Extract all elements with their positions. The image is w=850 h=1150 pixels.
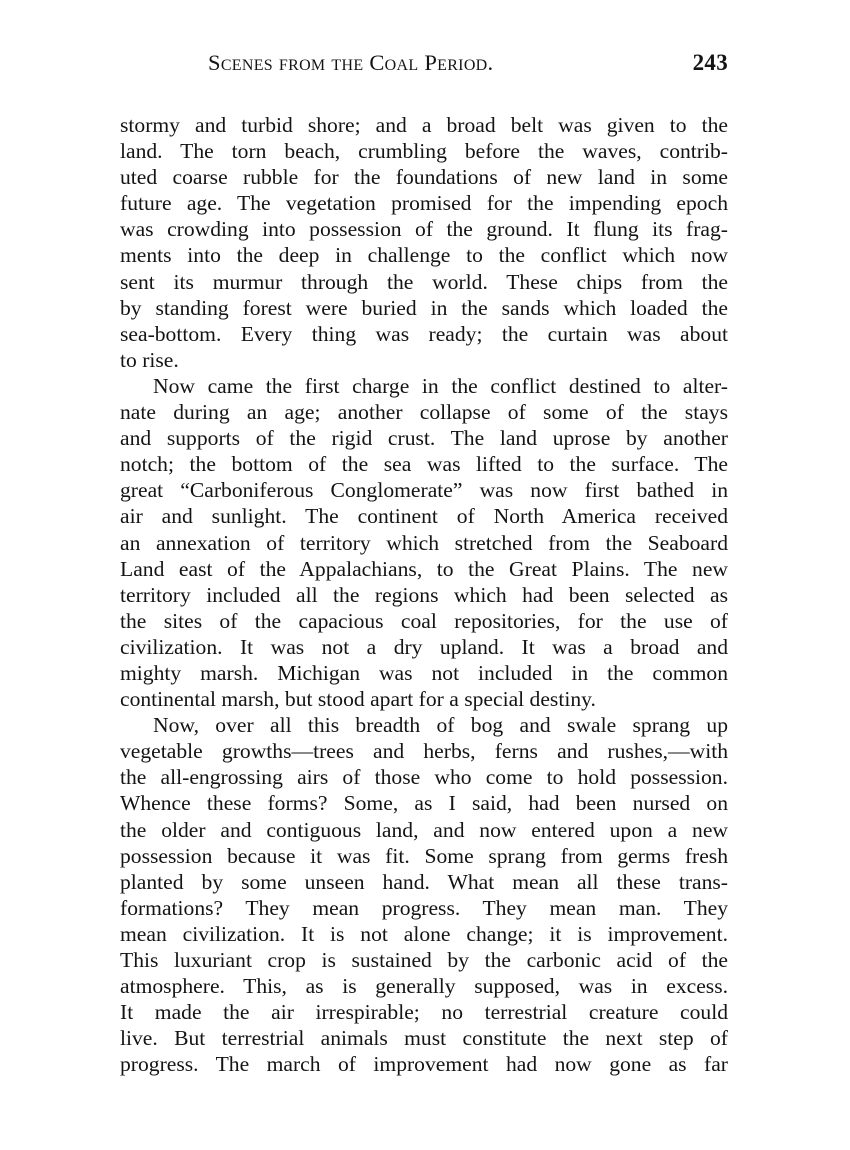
text-line: nate during an age; another collapse of … (120, 399, 728, 425)
text-line: the all-engrossing airs of those who com… (120, 764, 728, 790)
text-line: formations? They mean progress. They mea… (120, 895, 728, 921)
text-line: atmosphere. This, as is generally suppos… (120, 973, 728, 999)
text-line: the older and contiguous land, and now e… (120, 817, 728, 843)
text-line: sea-bottom. Every thing was ready; the c… (120, 321, 728, 347)
text-line: an annexation of territory which stretch… (120, 530, 728, 556)
book-page: Scenes from the Coal Period. 243 stormy … (120, 44, 728, 1077)
paragraph: Now, over all this breadth of bog and sw… (120, 712, 728, 1077)
page-number: 243 (693, 50, 728, 76)
text-line: air and sunlight. The continent of North… (120, 503, 728, 529)
text-line: uted coarse rubble for the foundations o… (120, 164, 728, 190)
running-title: Scenes from the Coal Period. (208, 50, 493, 76)
text-line: future age. The vegetation promised for … (120, 190, 728, 216)
text-line: mighty marsh. Michigan was not included … (120, 660, 728, 686)
text-line: territory included all the regions which… (120, 582, 728, 608)
text-line: to rise. (120, 347, 728, 373)
text-line: sent its murmur through the world. These… (120, 269, 728, 295)
text-line: planted by some unseen hand. What mean a… (120, 869, 728, 895)
text-line: was crowding into possession of the grou… (120, 216, 728, 242)
text-line: notch; the bottom of the sea was lifted … (120, 451, 728, 477)
text-line: This luxuriant crop is sustained by the … (120, 947, 728, 973)
text-line: continental marsh, but stood apart for a… (120, 686, 728, 712)
running-head: Scenes from the Coal Period. 243 (120, 44, 728, 84)
text-line: by standing forest were buried in the sa… (120, 295, 728, 321)
text-line: mean civilization. It is not alone chang… (120, 921, 728, 947)
text-line: progress. The march of improvement had n… (120, 1051, 728, 1077)
text-line: It made the air irrespirable; no terrest… (120, 999, 728, 1025)
text-line: stormy and turbid shore; and a broad bel… (120, 112, 728, 138)
text-line: live. But terrestrial animals must const… (120, 1025, 728, 1051)
text-line: civilization. It was not a dry upland. I… (120, 634, 728, 660)
text-line: Now, over all this breadth of bog and sw… (120, 712, 728, 738)
text-line: Land east of the Appalachians, to the Gr… (120, 556, 728, 582)
text-line: Whence these forms? Some, as I said, had… (120, 790, 728, 816)
paragraph: stormy and turbid shore; and a broad bel… (120, 112, 728, 373)
text-line: land. The torn beach, crumbling before t… (120, 138, 728, 164)
text-line: the sites of the capacious coal reposito… (120, 608, 728, 634)
body-text: stormy and turbid shore; and a broad bel… (120, 112, 728, 1077)
text-line: vegetable growths—trees and herbs, ferns… (120, 738, 728, 764)
paragraph: Now came the first charge in the conflic… (120, 373, 728, 712)
text-line: and supports of the rigid crust. The lan… (120, 425, 728, 451)
text-line: Now came the first charge in the conflic… (120, 373, 728, 399)
text-line: possession because it was fit. Some spra… (120, 843, 728, 869)
text-line: ments into the deep in challenge to the … (120, 242, 728, 268)
text-line: great “Carboniferous Conglomerate” was n… (120, 477, 728, 503)
